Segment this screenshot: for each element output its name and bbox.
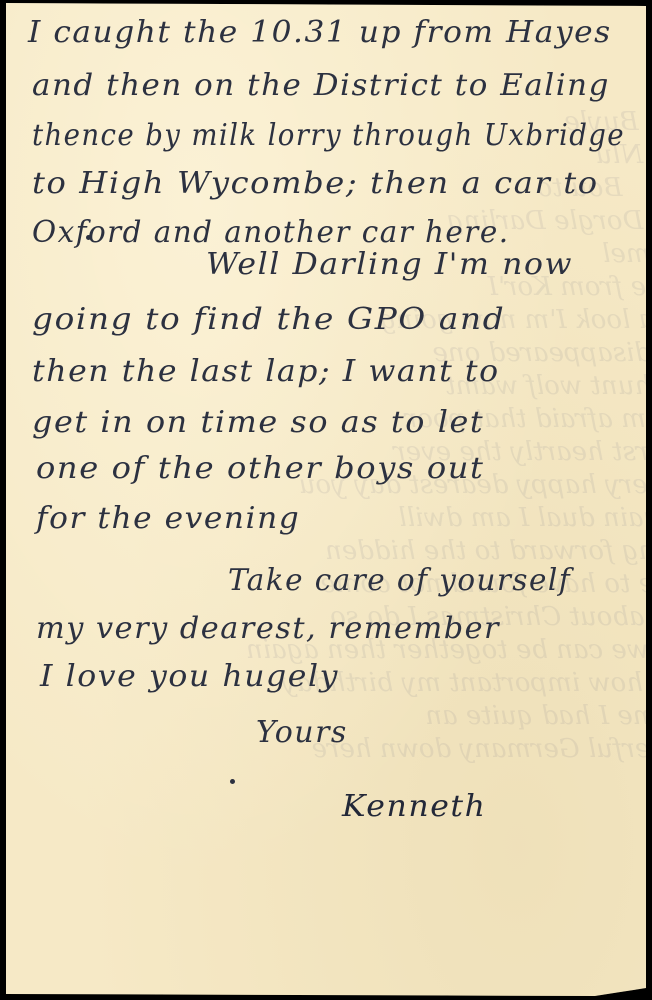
letter-line-4: to High Wycombe; then a car to xyxy=(32,166,599,201)
letter-line-1: I caught the 10.31 up from Hayes xyxy=(28,15,612,50)
letter-line-6: Well Darling I'm now xyxy=(206,247,573,282)
ink-dot xyxy=(230,779,235,784)
letter-line-7: going to find the GPO and xyxy=(32,302,505,337)
ink-dot xyxy=(86,235,91,240)
signature-kenneth: Kenneth xyxy=(342,789,487,824)
closing-yours: Yours xyxy=(256,715,348,750)
letter-line-2: and then on the District to Ealing xyxy=(32,68,610,103)
letter-line-5: Oxford and another car here. xyxy=(32,215,510,250)
letter-line-13: my very dearest, remember xyxy=(36,611,500,646)
letter-line-14: I love you hugely xyxy=(40,659,339,694)
letter-line-3: thence by milk lorry through Uxbridge xyxy=(32,118,625,153)
letter-line-11: for the evening xyxy=(36,501,300,536)
letter-line-12: Take care of yourself xyxy=(228,563,571,598)
letter-line-10: one of the other boys out xyxy=(36,451,485,486)
letter-line-8: then the last lap; I want to xyxy=(32,354,500,389)
letter-line-9: get in on time so as to let xyxy=(32,405,484,440)
letter-page: Dorte Buyle Hoe Nlu Bou to Helle Dorgle … xyxy=(6,3,646,996)
